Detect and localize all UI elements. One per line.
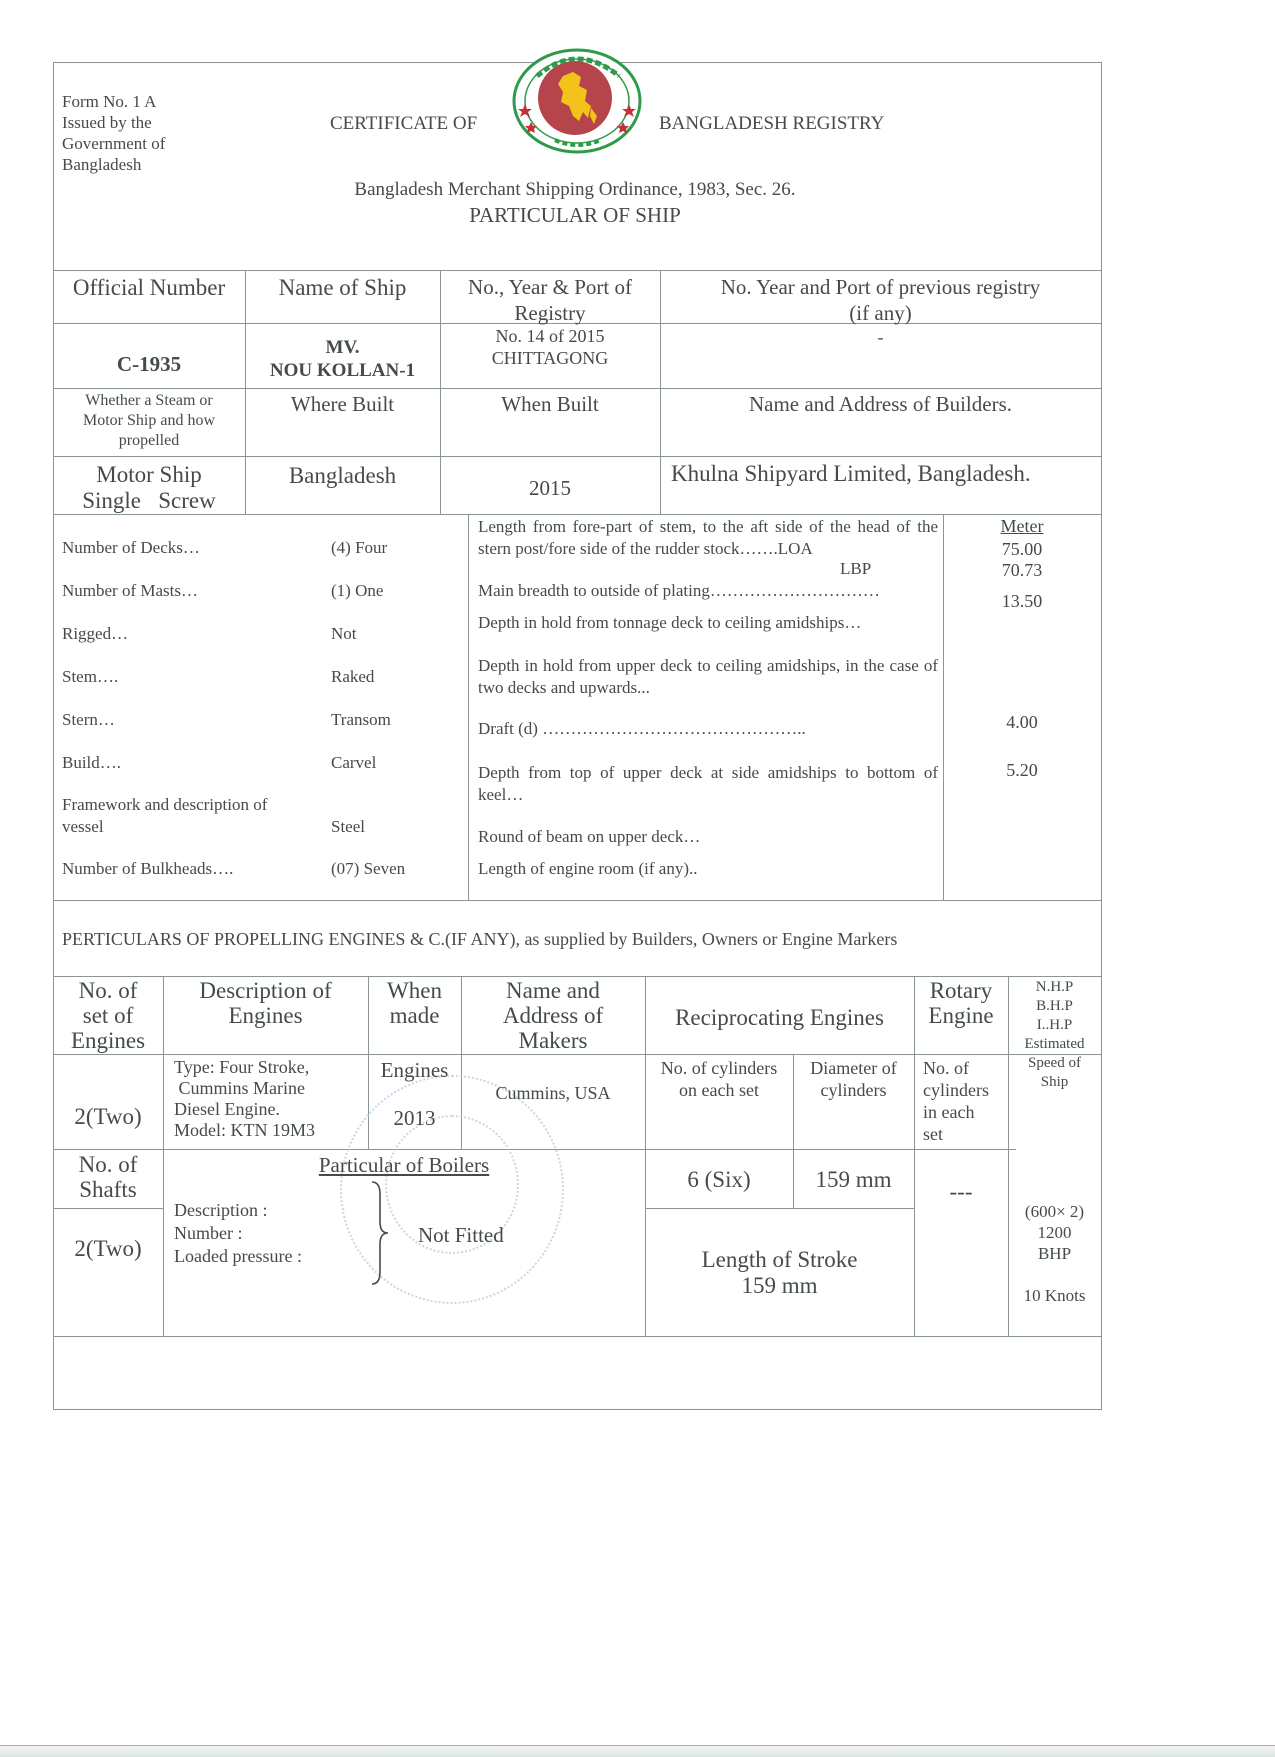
dimension-value: 13.50: [943, 590, 1101, 612]
boilers-heading: Particular of Boilers: [163, 1152, 645, 1178]
title-right: BANGLADESH REGISTRY: [659, 113, 884, 135]
header-official-number: Official Number: [53, 274, 245, 302]
scan-edge: [0, 1745, 1275, 1757]
table-rule: [53, 456, 1102, 457]
table-rule: [468, 514, 469, 901]
shafts-value: 2(Two): [53, 1235, 163, 1263]
boiler-status-value: Not Fitted: [418, 1222, 504, 1248]
particular-label: Stern…: [62, 709, 312, 731]
table-rule: [914, 976, 915, 1336]
builders-value: Khulna Shipyard Limited, Bangladesh.: [671, 460, 1091, 488]
port-of-registry-value: No. 14 of 2015 CHITTAGONG: [440, 325, 660, 369]
frame-bottom-rule: [53, 1409, 1102, 1410]
particular-label: Build….: [62, 752, 312, 774]
official-number-value: C-1935: [53, 352, 245, 377]
unit-header-meter: Meter: [943, 515, 1101, 537]
header-cylinders-each-set: No. of cylinders on each set: [645, 1057, 793, 1101]
dimension-label: Round of beam on upper deck…: [478, 826, 938, 848]
particular-label: Number of Decks…: [62, 537, 312, 559]
dimension-label: Length from fore-part of stem, to the af…: [478, 516, 938, 560]
header-rotary-cylinders: No. of cylinders in each set: [923, 1057, 1008, 1145]
table-rule: [53, 388, 1102, 389]
table-rule: [53, 1208, 163, 1209]
particular-value: (4) Four: [331, 537, 387, 559]
brace-icon: [368, 1180, 392, 1286]
page-subtitle: PARTICULAR OF SHIP: [300, 202, 850, 228]
particular-value: Transom: [331, 709, 391, 731]
table-rule: [645, 1208, 914, 1209]
header-shafts: No. of Shafts: [53, 1152, 163, 1202]
dimension-label: Main breadth to outside of plating…………………: [478, 580, 938, 602]
frame-right-rule: [1101, 62, 1102, 1410]
table-rule: [53, 976, 1102, 977]
header-propulsion: Whether a Steam or Motor Ship and how pr…: [53, 391, 245, 451]
particular-label: Rigged…: [62, 623, 312, 645]
table-rule: [53, 270, 1102, 271]
sets-of-engines-value: 2(Two): [53, 1103, 163, 1131]
dimension-label: Draft (d) ………………………………………..: [478, 718, 938, 740]
dimension-value: 5.20: [943, 759, 1101, 781]
dimension-value: 75.00: [943, 538, 1101, 560]
header-where-built: Where Built: [245, 391, 440, 417]
dimension-label: Depth in hold from tonnage deck to ceili…: [478, 612, 938, 634]
dimension-label: Depth from top of upper deck at side ami…: [478, 762, 938, 806]
table-rule: [53, 1054, 163, 1055]
particular-value: (1) One: [331, 580, 383, 602]
header-reciprocating-engines: Reciprocating Engines: [645, 1004, 914, 1032]
cylinders-each-set-value: 6 (Six): [645, 1166, 793, 1194]
propulsion-value: Motor Ship Single Screw: [53, 462, 245, 514]
particular-label: Number of Bulkheads….: [62, 858, 312, 880]
ship-name-value: MV. NOU KOLLAN-1: [245, 336, 440, 382]
header-name-of-ship: Name of Ship: [245, 274, 440, 302]
when-made-label: Engines: [368, 1057, 461, 1083]
engines-section-title: PERTICULARS OF PROPELLING ENGINES & C.(I…: [62, 928, 897, 950]
where-built-value: Bangladesh: [245, 462, 440, 490]
header-description-of-engines: Description of Engines: [163, 978, 368, 1028]
particular-value: Not: [331, 623, 357, 645]
dimension-value: 4.00: [943, 711, 1101, 733]
form-info: Form No. 1 A Issued by the Government of…: [62, 91, 165, 175]
header-when-built: When Built: [440, 391, 660, 417]
makers-value: Cummins, USA: [461, 1082, 645, 1104]
ordinance-line: Bangladesh Merchant Shipping Ordinance, …: [300, 179, 850, 201]
header-rotary-engine: Rotary Engine: [914, 978, 1008, 1028]
particular-value: (07) Seven: [331, 858, 405, 880]
header-when-made: When made: [368, 978, 461, 1028]
header-port-of-registry: No., Year & Port of Registry: [440, 274, 660, 326]
stroke-length: Length of Stroke 159 mm: [645, 1247, 914, 1299]
cylinder-diameter-value: 159 mm: [793, 1166, 914, 1194]
header-previous-registry: No. Year and Port of previous registry (…: [660, 274, 1101, 326]
engine-description-value: Type: Four Stroke, Cummins Marine Diesel…: [174, 1057, 366, 1141]
boiler-fields: Description : Number : Loaded pressure :: [174, 1199, 302, 1268]
dimension-value: 70.73: [943, 559, 1101, 581]
particular-value: Raked: [331, 666, 374, 688]
particular-value: Steel: [331, 816, 365, 838]
bangladesh-emblem-icon: [511, 46, 643, 154]
previous-registry-value: -: [660, 326, 1101, 348]
rotary-engine-value: ---: [914, 1178, 1008, 1206]
header-sets-of-engines: No. of set of Engines: [53, 978, 163, 1053]
when-made-value: 2013: [368, 1105, 461, 1131]
when-built-value: 2015: [440, 475, 660, 501]
header-power-speed: N.H.P B.H.P I..H.P Estimated Speed of Sh…: [1008, 978, 1101, 1092]
particular-value: Carvel: [331, 752, 376, 774]
table-rule: [163, 1054, 1101, 1055]
dimension-label: LBP: [840, 558, 940, 580]
header-builders: Name and Address of Builders.: [660, 391, 1101, 417]
particular-label: Framework and description of vessel: [62, 794, 312, 838]
title-left: CERTIFICATE OF: [330, 113, 477, 135]
dimension-label: Length of engine room (if any)..: [478, 858, 938, 880]
particular-label: Stem….: [62, 666, 312, 688]
table-rule: [53, 900, 1102, 901]
table-rule: [53, 1336, 1102, 1337]
dimension-label: Depth in hold from upper deck to ceiling…: [478, 655, 938, 699]
header-makers: Name and Address of Makers: [461, 978, 645, 1053]
particular-label: Number of Masts…: [62, 580, 312, 602]
header-cylinder-diameter: Diameter of cylinders: [793, 1057, 914, 1101]
power-speed-value: (600× 2) 1200 BHP 10 Knots: [1008, 1201, 1101, 1306]
